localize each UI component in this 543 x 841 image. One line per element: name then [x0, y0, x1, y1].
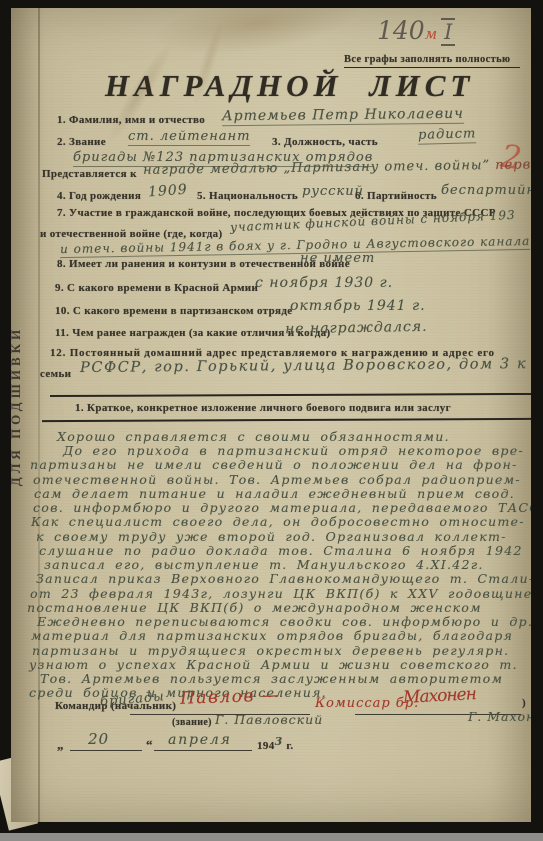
feat-text-line: от 23 февраля 1943г, лозунги ЦК ВКП(б) к…	[30, 586, 531, 601]
field-1-label: 1. Фамилия, имя и отчество	[57, 114, 205, 126]
field-8-value: не имеет	[300, 251, 375, 266]
date-year-hand: 3	[275, 735, 284, 748]
field-9-value: с ноября 1930 г.	[255, 275, 393, 291]
closing-paren: )	[522, 697, 526, 709]
field-10-value: октябрь 1941 г.	[290, 298, 426, 314]
field-1-value: Артемьев Петр Николаевич	[222, 106, 464, 127]
field-10-label: 10. С какого времени в партизанском отря…	[55, 305, 293, 317]
pencil-annotation: 140м I	[377, 16, 455, 45]
field-5-label: 5. Национальность	[197, 190, 298, 202]
field-12-value: РСФСР, гор. Горький, улица Воровского, д…	[80, 356, 527, 376]
field-7-label-line2: и отечественной войне (где, когда)	[40, 228, 223, 240]
feat-text-line: материал для партизанских отрядов бригад…	[31, 628, 513, 643]
commander-name: Г. Павловский	[215, 712, 323, 727]
page-number: 140	[377, 16, 425, 45]
feat-text-line: среди бойцов и мирного населения.	[29, 685, 327, 700]
feat-text-line: записал его, выступление т. Мануильского…	[44, 557, 484, 572]
feat-text-line: сам делает питание и наладил ежедневный …	[34, 486, 515, 501]
field-4-label: 4. Год рождения	[57, 190, 141, 202]
feat-text-line: Как специалист своего дела, он добросове…	[31, 514, 525, 529]
date-month: апреля	[168, 732, 232, 748]
field-4-value: 1909	[147, 182, 188, 201]
date-day: 20	[88, 730, 109, 748]
scanned-award-sheet: ДЛЯ ПОДШИВКИ 140м I 2 Все графы заполнят…	[0, 0, 543, 841]
date-close-quote: “	[146, 737, 153, 753]
comissar-signature: Махонен	[403, 684, 477, 708]
field-6-label: 6. Партийность	[355, 190, 437, 202]
document-paper: ДЛЯ ПОДШИВКИ 140м I 2 Все графы заполнят…	[11, 8, 531, 822]
page-number-suffix: м	[425, 25, 437, 43]
fill-instruction: Все графы заполнять полностью	[344, 54, 520, 68]
feat-text-line: к своему труду уже второй год. Организов…	[36, 529, 507, 544]
rank-label: (звание)	[172, 717, 212, 728]
field-2-label: 2. Звание	[57, 136, 106, 148]
feat-text-line: Хорошо справляется с своими обязанностям…	[57, 429, 450, 444]
field-6-value: беспартийный	[441, 183, 531, 198]
feat-text-line: отечественной войны. Тов. Артемьев собра…	[33, 472, 521, 487]
date-year-printed: 194	[257, 740, 275, 752]
page-number-roman: I	[441, 18, 455, 46]
feat-text-line: слушание по радио доклада тов. Сталина 6…	[39, 543, 531, 558]
award-value-degree: первой	[495, 157, 531, 173]
filing-note: ДЛЯ ПОДШИВКИ	[11, 321, 24, 491]
feat-text-line: До его прихода в партизанский отряд неко…	[63, 443, 524, 458]
award-label: Представляется к	[42, 168, 137, 180]
comissar-name: Г. Махонен	[468, 709, 531, 724]
separator-line-bottom	[42, 418, 531, 423]
separator-line-top	[50, 393, 531, 397]
feat-text-line: узнают о успехах Красной Армии и жизни с…	[29, 657, 518, 672]
feat-text-line: партизаны и трудящиеся окрестных деревен…	[32, 643, 509, 658]
field-3-value: радист	[418, 126, 477, 145]
date-month-line	[154, 750, 252, 751]
date-open-quote: „	[57, 737, 64, 753]
field-9-label: 9. С какого времени в Красной Армии	[55, 282, 258, 294]
feat-text-line: постановление ЦК ВКП(б) о международном …	[27, 600, 482, 615]
feat-text-line: Ежедневно переписываются сводки сов. инф…	[37, 614, 531, 629]
feat-heading: 1. Краткое, конкретное изложение личного…	[75, 402, 451, 414]
field-11-value: не награждался.	[285, 319, 428, 337]
date-day-line	[70, 750, 142, 751]
feat-text-line: партизаны не имели сведений о положении …	[30, 457, 518, 472]
document-title: НАГРАДНОЙ ЛИСТ	[105, 68, 474, 104]
commander-signature: Павлов —	[180, 685, 281, 708]
date-year-suffix: г.	[286, 740, 293, 752]
date-year: 1943 г.	[257, 739, 294, 752]
feat-text-line: Записал приказ Верховного Главнокомандую…	[36, 571, 531, 586]
scanner-edge-strip	[0, 833, 543, 841]
stain-top	[148, 8, 364, 65]
field-3-label: 3. Должность, часть	[272, 136, 378, 148]
feat-text-line: Тов. Артемьев пользуется заслуженным авт…	[40, 671, 503, 686]
feat-text-line: сов. информбюро и другого материала, пер…	[33, 500, 531, 515]
field-12-label-line2: семьи	[40, 368, 71, 380]
field-2-value: ст. лейтенант	[128, 129, 250, 146]
